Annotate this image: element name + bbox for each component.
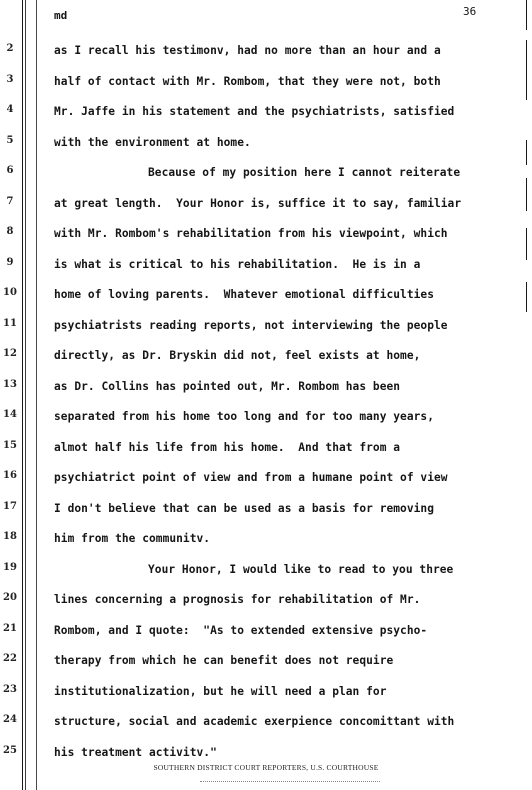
- line-number: 23: [3, 684, 17, 695]
- line-number: 8: [3, 226, 17, 237]
- right-margin-rule: [526, 228, 527, 260]
- line-number: 18: [3, 531, 17, 542]
- transcript-line: with Mr. Rombom's rehabilitation from hi…: [54, 227, 448, 240]
- transcript-line: lines concerning a prognosis for rehabil…: [54, 593, 420, 606]
- transcript-line: his treatment activitv.": [54, 746, 217, 759]
- reporter-initials: md: [54, 9, 67, 22]
- line-number: 13: [3, 379, 17, 390]
- right-margin-rule: [526, 282, 527, 312]
- left-margin-rule: [25, 0, 26, 790]
- transcript-line: with the environment at home.: [54, 136, 251, 149]
- court-reporter-footer: SOUTHERN DISTRICT COURT REPORTERS, U.S. …: [0, 763, 532, 772]
- page-number: 36: [463, 5, 476, 18]
- transcript-line: I don't believe that can be used as a ba…: [54, 502, 434, 515]
- line-number: 6: [3, 165, 17, 176]
- line-number: 2: [3, 43, 17, 54]
- transcript-page: md 36 2as I recall his testimonv, had no…: [0, 0, 532, 790]
- left-margin-rule: [36, 0, 37, 790]
- right-margin-rule: [526, 178, 527, 211]
- line-number: 20: [3, 592, 17, 603]
- transcript-line: psychiatrists reading reports, not inter…: [54, 319, 448, 332]
- line-number: 12: [3, 348, 17, 359]
- line-number: 3: [3, 74, 17, 85]
- transcript-line: therapy from which he can benefit does n…: [54, 654, 393, 667]
- line-number: 24: [3, 714, 17, 725]
- line-number: 5: [3, 135, 17, 146]
- transcript-line: separated from his home too long and for…: [54, 410, 434, 423]
- transcript-line: Mr. Jaffe in his statement and the psych…: [54, 105, 454, 118]
- transcript-line: psychiatrict point of view and from a hu…: [54, 471, 448, 484]
- line-number: 17: [3, 501, 17, 512]
- transcript-line: home of loving parents. Whatever emotion…: [54, 288, 434, 301]
- line-number: 15: [3, 440, 17, 451]
- transcript-line: is what is critical to his rehabilitatio…: [54, 258, 420, 271]
- line-number: 7: [3, 196, 17, 207]
- transcript-line: as Dr. Collins has pointed out, Mr. Romb…: [54, 380, 400, 393]
- line-number: 16: [3, 470, 17, 481]
- right-margin-rule: [526, 0, 527, 30]
- transcript-line: Because of my position here I cannot rei…: [148, 166, 460, 179]
- line-number: 21: [3, 623, 17, 634]
- line-number: 25: [3, 745, 17, 756]
- transcript-line: Rombom, and I quote: "As to extended ext…: [54, 624, 427, 637]
- transcript-line: almot half his life from his home. And t…: [54, 441, 400, 454]
- line-number: 19: [3, 562, 17, 573]
- left-margin-rule: [22, 0, 23, 790]
- transcript-line: as I recall his testimonv, had no more t…: [54, 44, 441, 57]
- line-number: 22: [3, 653, 17, 664]
- transcript-line: directly, as Dr. Bryskin did not, feel e…: [54, 349, 420, 362]
- line-number: 14: [3, 409, 17, 420]
- transcript-line: half of contact with Mr. Rombom, that th…: [54, 75, 441, 88]
- transcript-line: institutionalization, but he will need a…: [54, 685, 387, 698]
- line-number: 4: [3, 104, 17, 115]
- transcript-line: structure, social and academic exerpienc…: [54, 715, 454, 728]
- right-margin-rule: [526, 40, 527, 100]
- transcript-line: him from the communitv.: [54, 532, 210, 545]
- transcript-line: at great length. Your Honor is, suffice …: [54, 197, 461, 210]
- line-number: 11: [3, 318, 17, 329]
- transcript-line: Your Honor, I would like to read to you …: [148, 563, 453, 576]
- line-number: 9: [3, 257, 17, 268]
- line-number: 10: [3, 287, 17, 298]
- right-margin-rule: [526, 140, 527, 165]
- footer-address-illegible: [200, 781, 380, 784]
